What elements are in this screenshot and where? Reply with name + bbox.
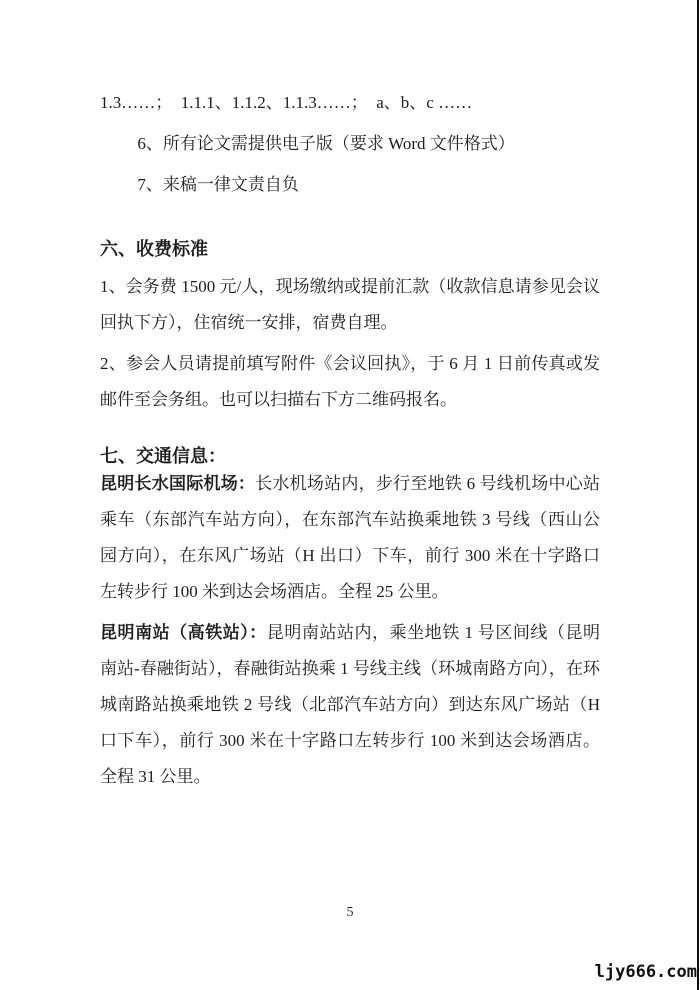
rail-route-text: 昆明南站站内，乘坐地铁 1 号区间线（昆明南站-春融街站），春融街站换乘 1 号…	[100, 623, 600, 786]
watermark-text: ljy666.com	[595, 962, 697, 982]
notice-item-7: 7、来稿一律文责自负	[100, 167, 600, 203]
document-content: 1.3……； 1.1.1、1.1.2、1.1.3……； a、b、c …… 6、所…	[100, 85, 600, 800]
page-number: 5	[0, 905, 700, 921]
notice-item-6: 6、所有论文需提供电子版（要求 Word 文件格式）	[100, 126, 600, 162]
scan-edge-line	[697, 0, 699, 990]
paragraph-airport-route: 昆明长水国际机场：长水机场站内，步行至地铁 6 号线机场中心站乘车（东部汽车站方…	[100, 466, 600, 610]
airport-route-text: 长水机场站内，步行至地铁 6 号线机场中心站乘车（东部汽车站方向），在东部汽车站…	[100, 474, 600, 601]
rail-route-lead: 昆明南站（高铁站）：	[100, 623, 267, 642]
paragraph-rail-route: 昆明南站（高铁站）：昆明南站站内，乘坐地铁 1 号区间线（昆明南站-春融街站），…	[100, 615, 600, 795]
numbering-example-line: 1.3……； 1.1.1、1.1.2、1.1.3……； a、b、c ……	[100, 85, 600, 121]
fees-item-1: 1、会务费 1500 元/人，现场缴纳或提前汇款（收款信息请参见会议回执下方），…	[100, 269, 600, 341]
fees-item-2: 2、参会人员请提前填写附件《会议回执》，于 6 月 1 日前传真或发邮件至会务组…	[100, 346, 600, 418]
section-heading-fees: 六、收费标准	[100, 231, 600, 267]
document-page: 1.3……； 1.1.1、1.1.2、1.1.3……； a、b、c …… 6、所…	[0, 0, 700, 990]
airport-route-lead: 昆明长水国际机场：	[100, 474, 255, 493]
